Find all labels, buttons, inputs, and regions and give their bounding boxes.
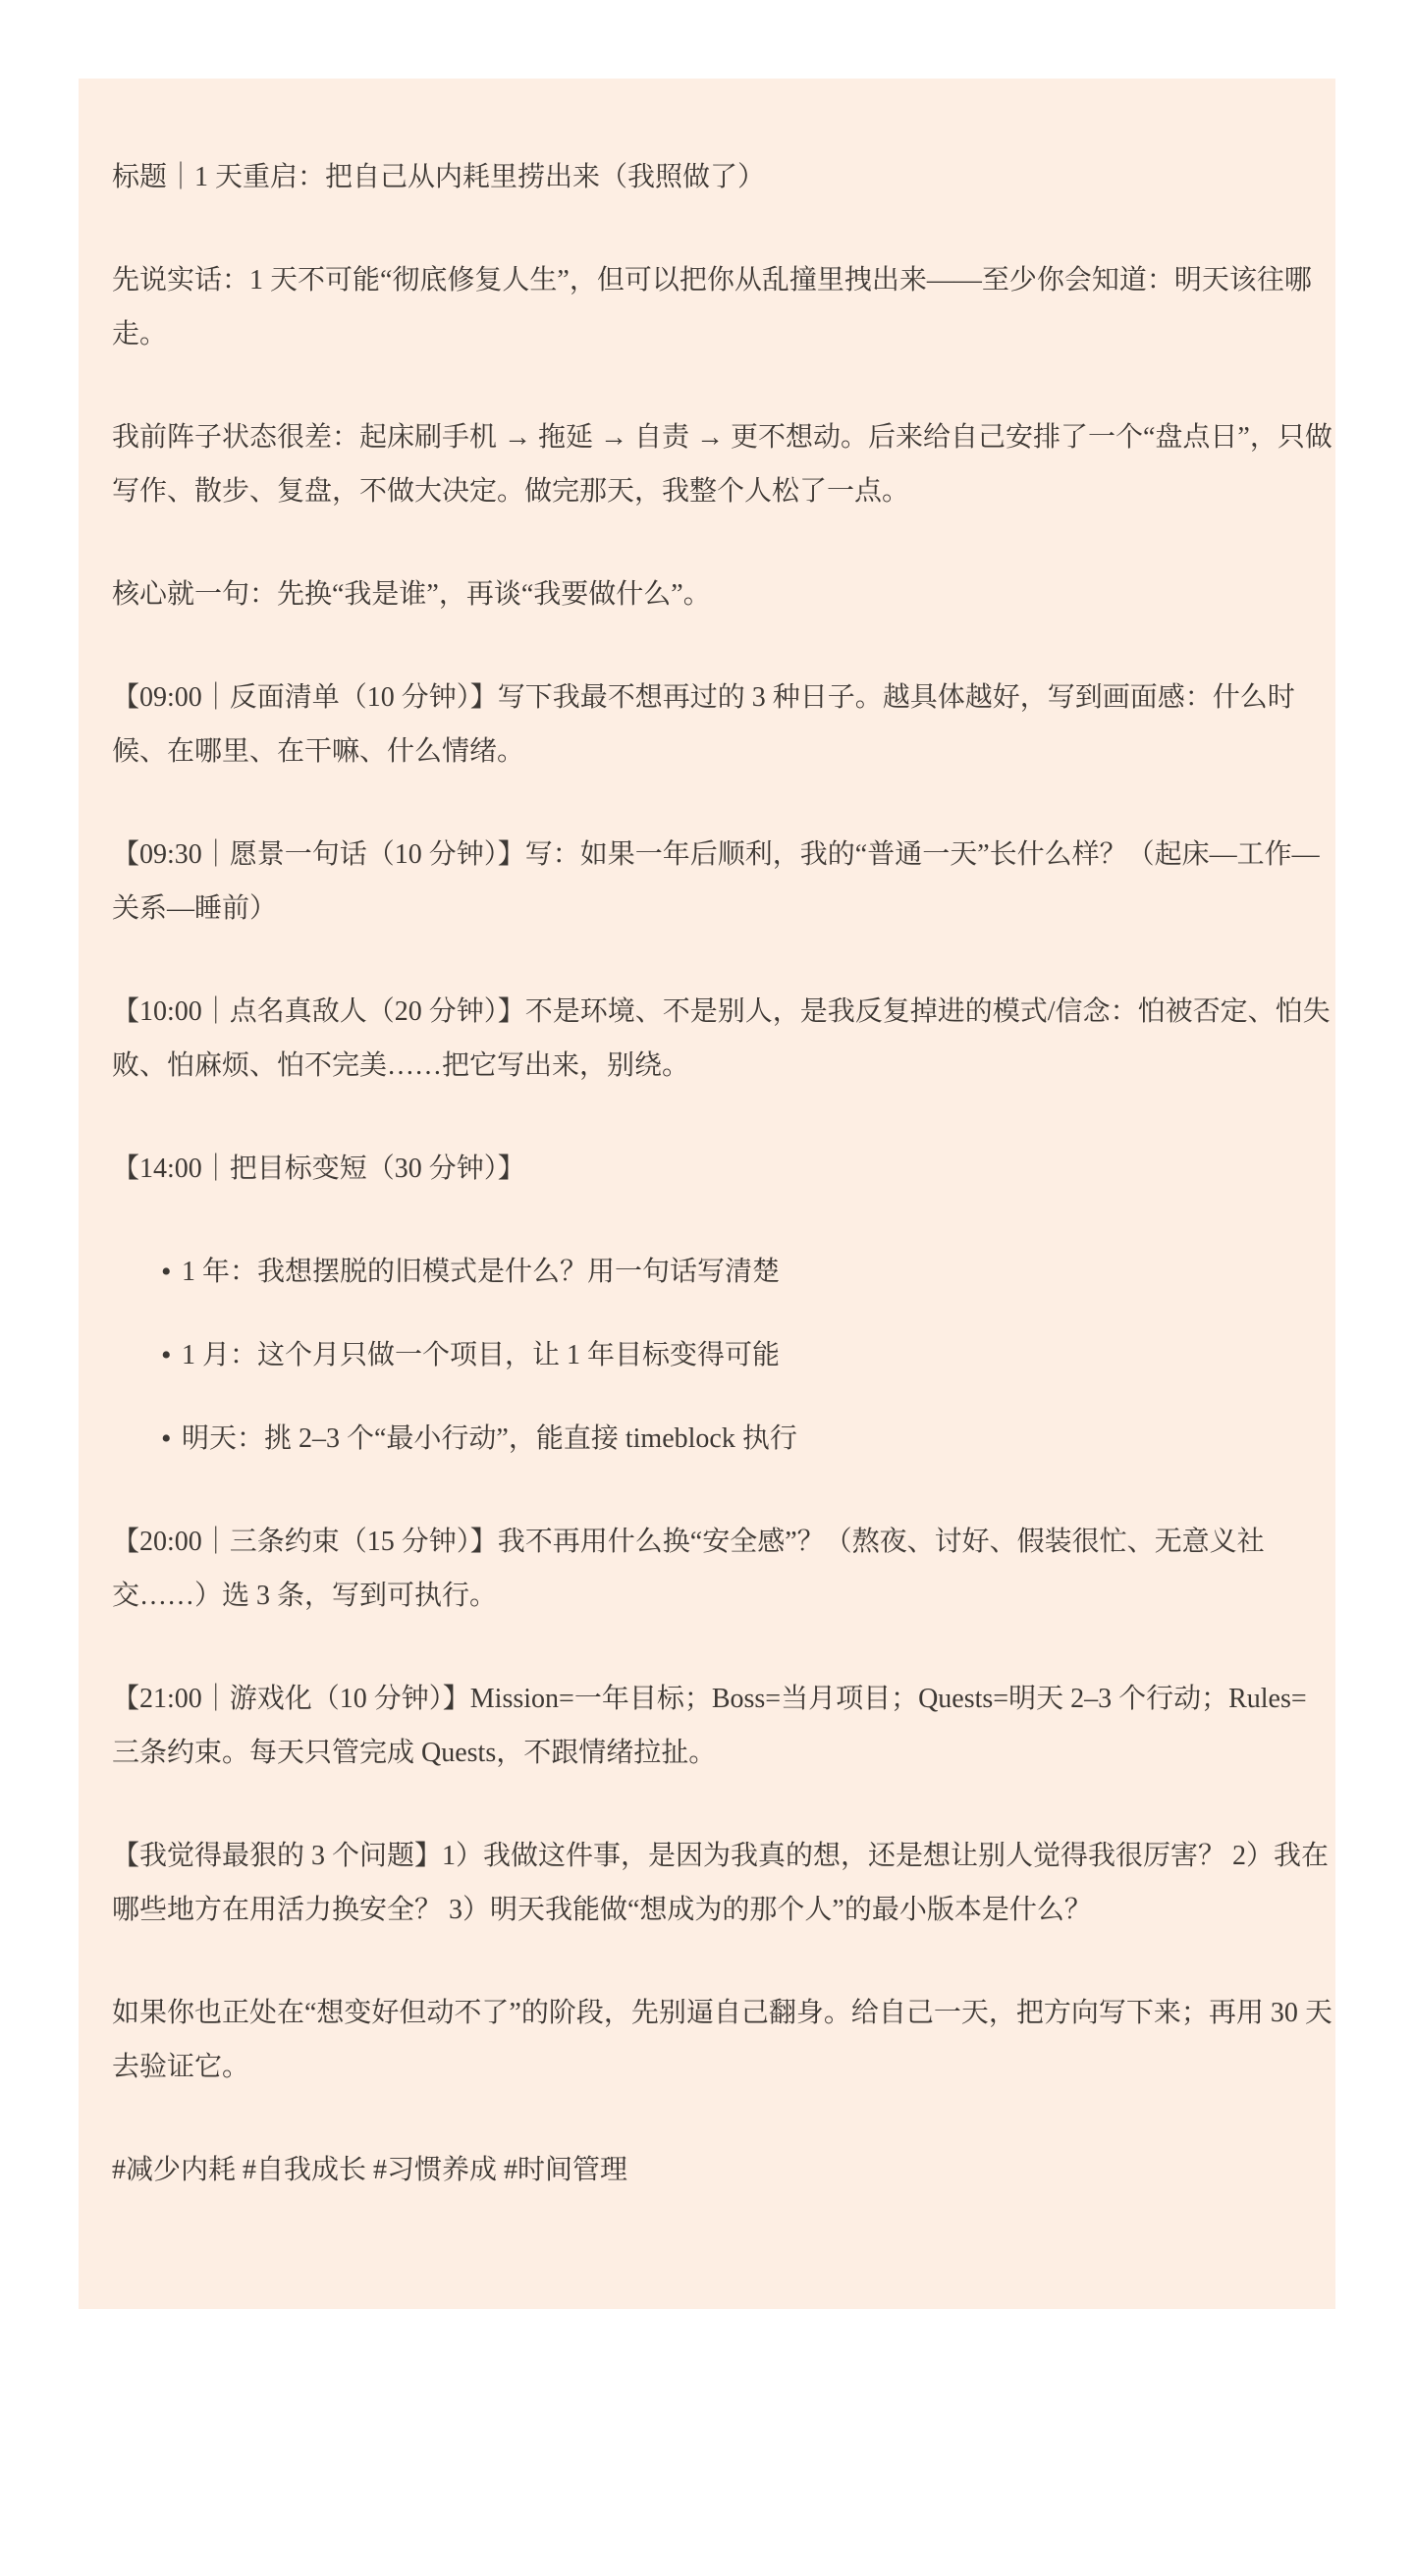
post-paragraph-questions: 【我觉得最狠的 3 个问题】1）我做这件事，是因为我真的想，还是想让别人觉得我很…: [112, 1829, 1333, 1937]
schedule-item-0930: 【09:30｜愿景一句话（10 分钟）】写：如果一年后顺利，我的“普通一天”长什…: [112, 828, 1333, 936]
schedule-item-0900: 【09:00｜反面清单（10 分钟）】写下我最不想再过的 3 种日子。越具体越好…: [112, 671, 1333, 778]
goal-item-year: 1 年：我想摆脱的旧模式是什么？用一句话写清楚: [182, 1245, 1333, 1299]
schedule-item-1000: 【10:00｜点名真敌人（20 分钟）】不是环境、不是别人，是我反复掉进的模式/…: [112, 985, 1333, 1093]
hashtags-line: #减少内耗 #自我成长 #习惯养成 #时间管理: [112, 2143, 1333, 2197]
post-paragraph-closing: 如果你也正处在“想变好但动不了”的阶段，先别逼自己翻身。给自己一天，把方向写下来…: [112, 1986, 1333, 2094]
post-body-card: 标题｜1 天重启：把自己从内耗里捞出来（我照做了） 先说实话：1 天不可能“彻底…: [79, 79, 1335, 2309]
post-title: 标题｜1 天重启：把自己从内耗里捞出来（我照做了）: [112, 150, 1333, 204]
post-paragraph-intro: 先说实话：1 天不可能“彻底修复人生”，但可以把你从乱撞里拽出来——至少你会知道…: [112, 253, 1333, 361]
post-paragraph-core: 核心就一句：先换“我是谁”，再谈“我要做什么”。: [112, 567, 1333, 621]
schedule-item-1400: 【14:00｜把目标变短（30 分钟）】: [112, 1142, 1333, 1196]
post-paragraph-context: 我前阵子状态很差：起床刷手机 → 拖延 → 自责 → 更不想动。后来给自己安排了…: [112, 410, 1333, 518]
schedule-item-2000: 【20:00｜三条约束（15 分钟）】我不再用什么换“安全感”？（熬夜、讨好、假…: [112, 1515, 1333, 1623]
goal-item-month: 1 月：这个月只做一个项目，让 1 年目标变得可能: [182, 1328, 1333, 1382]
goal-item-tomorrow: 明天：挑 2–3 个“最小行动”，能直接 timeblock 执行: [182, 1412, 1333, 1466]
schedule-item-2100: 【21:00｜游戏化（10 分钟）】Mission=一年目标；Boss=当月项目…: [112, 1672, 1333, 1780]
goal-list: 1 年：我想摆脱的旧模式是什么？用一句话写清楚 1 月：这个月只做一个项目，让 …: [112, 1245, 1333, 1466]
